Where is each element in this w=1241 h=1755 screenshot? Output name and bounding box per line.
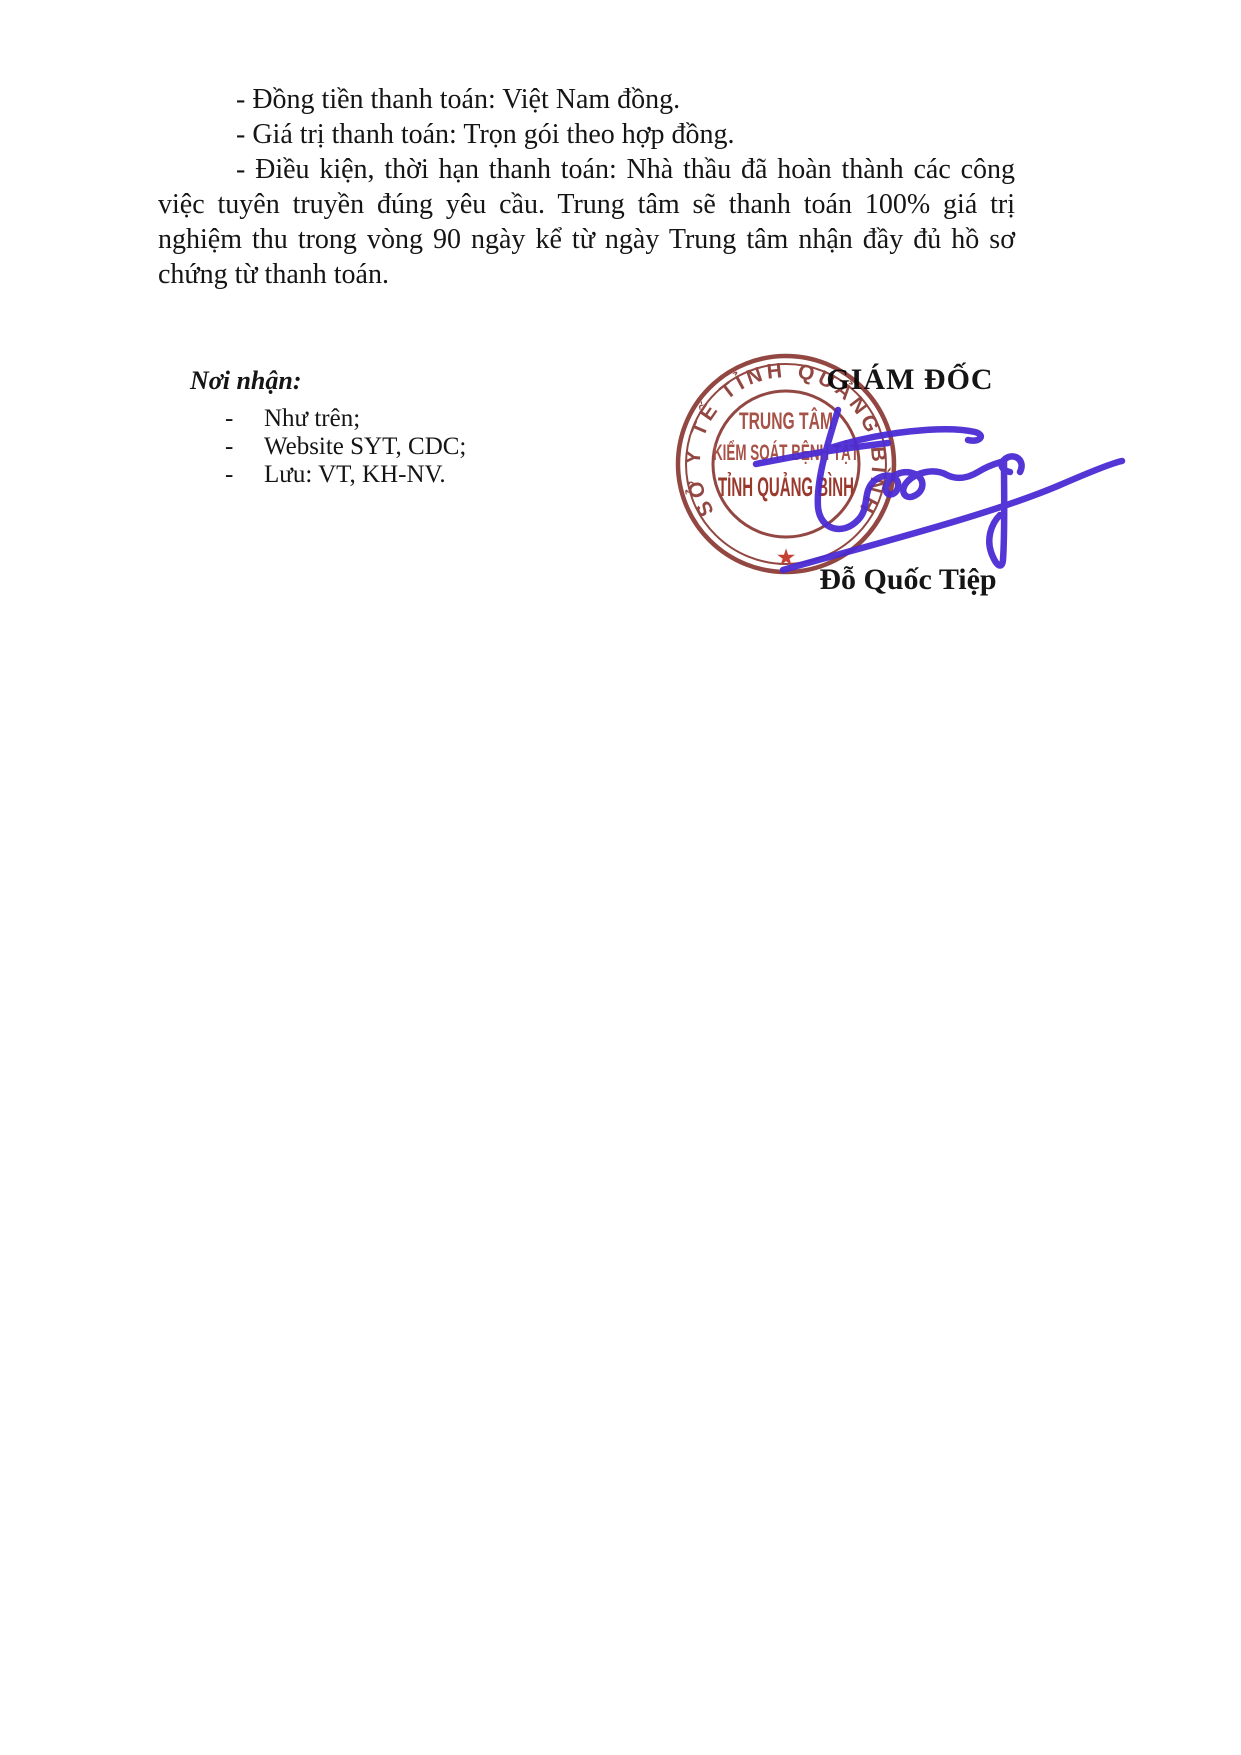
stamp-and-signature: SỞ Y TẾ TỈNH QUẢNG BÌNH TRUNG TÂM KIỂM S… <box>650 330 1130 580</box>
official-stamp: SỞ Y TẾ TỈNH QUẢNG BÌNH TRUNG TÂM KIỂM S… <box>678 356 894 572</box>
dash-bullet: - <box>225 405 264 433</box>
document-page: - Đồng tiền thanh toán: Việt Nam đồng. -… <box>0 0 1241 1755</box>
stamp-center-line3: TỈNH QUẢNG BÌNH <box>718 472 854 502</box>
recipient-item: - Lưu: VT, KH-NV. <box>225 461 466 489</box>
dash-bullet: - <box>225 433 264 461</box>
dash-bullet: - <box>225 461 264 489</box>
recipients-block: Nơi nhận: - Như trên; - Website SYT, CDC… <box>190 366 466 489</box>
payment-conditions-paragraph: - Điều kiện, thời hạn thanh toán: Nhà th… <box>158 152 1015 292</box>
recipient-item: - Website SYT, CDC; <box>225 433 466 461</box>
payment-terms-section: - Đồng tiền thanh toán: Việt Nam đồng. -… <box>158 82 1015 292</box>
recipient-item-label: Lưu: VT, KH-NV. <box>264 461 446 489</box>
recipient-item-label: Như trên; <box>264 405 360 433</box>
payment-value-line: - Giá trị thanh toán: Trọn gói theo hợp … <box>158 117 1015 152</box>
recipients-heading: Nơi nhận: <box>190 366 466 396</box>
stamp-center-line1: TRUNG TÂM <box>739 407 833 435</box>
recipient-item-label: Website SYT, CDC; <box>264 433 466 461</box>
payment-currency-line: - Đồng tiền thanh toán: Việt Nam đồng. <box>158 82 1015 117</box>
recipient-item: - Như trên; <box>225 405 466 433</box>
signature-main-flourish <box>818 410 1001 529</box>
